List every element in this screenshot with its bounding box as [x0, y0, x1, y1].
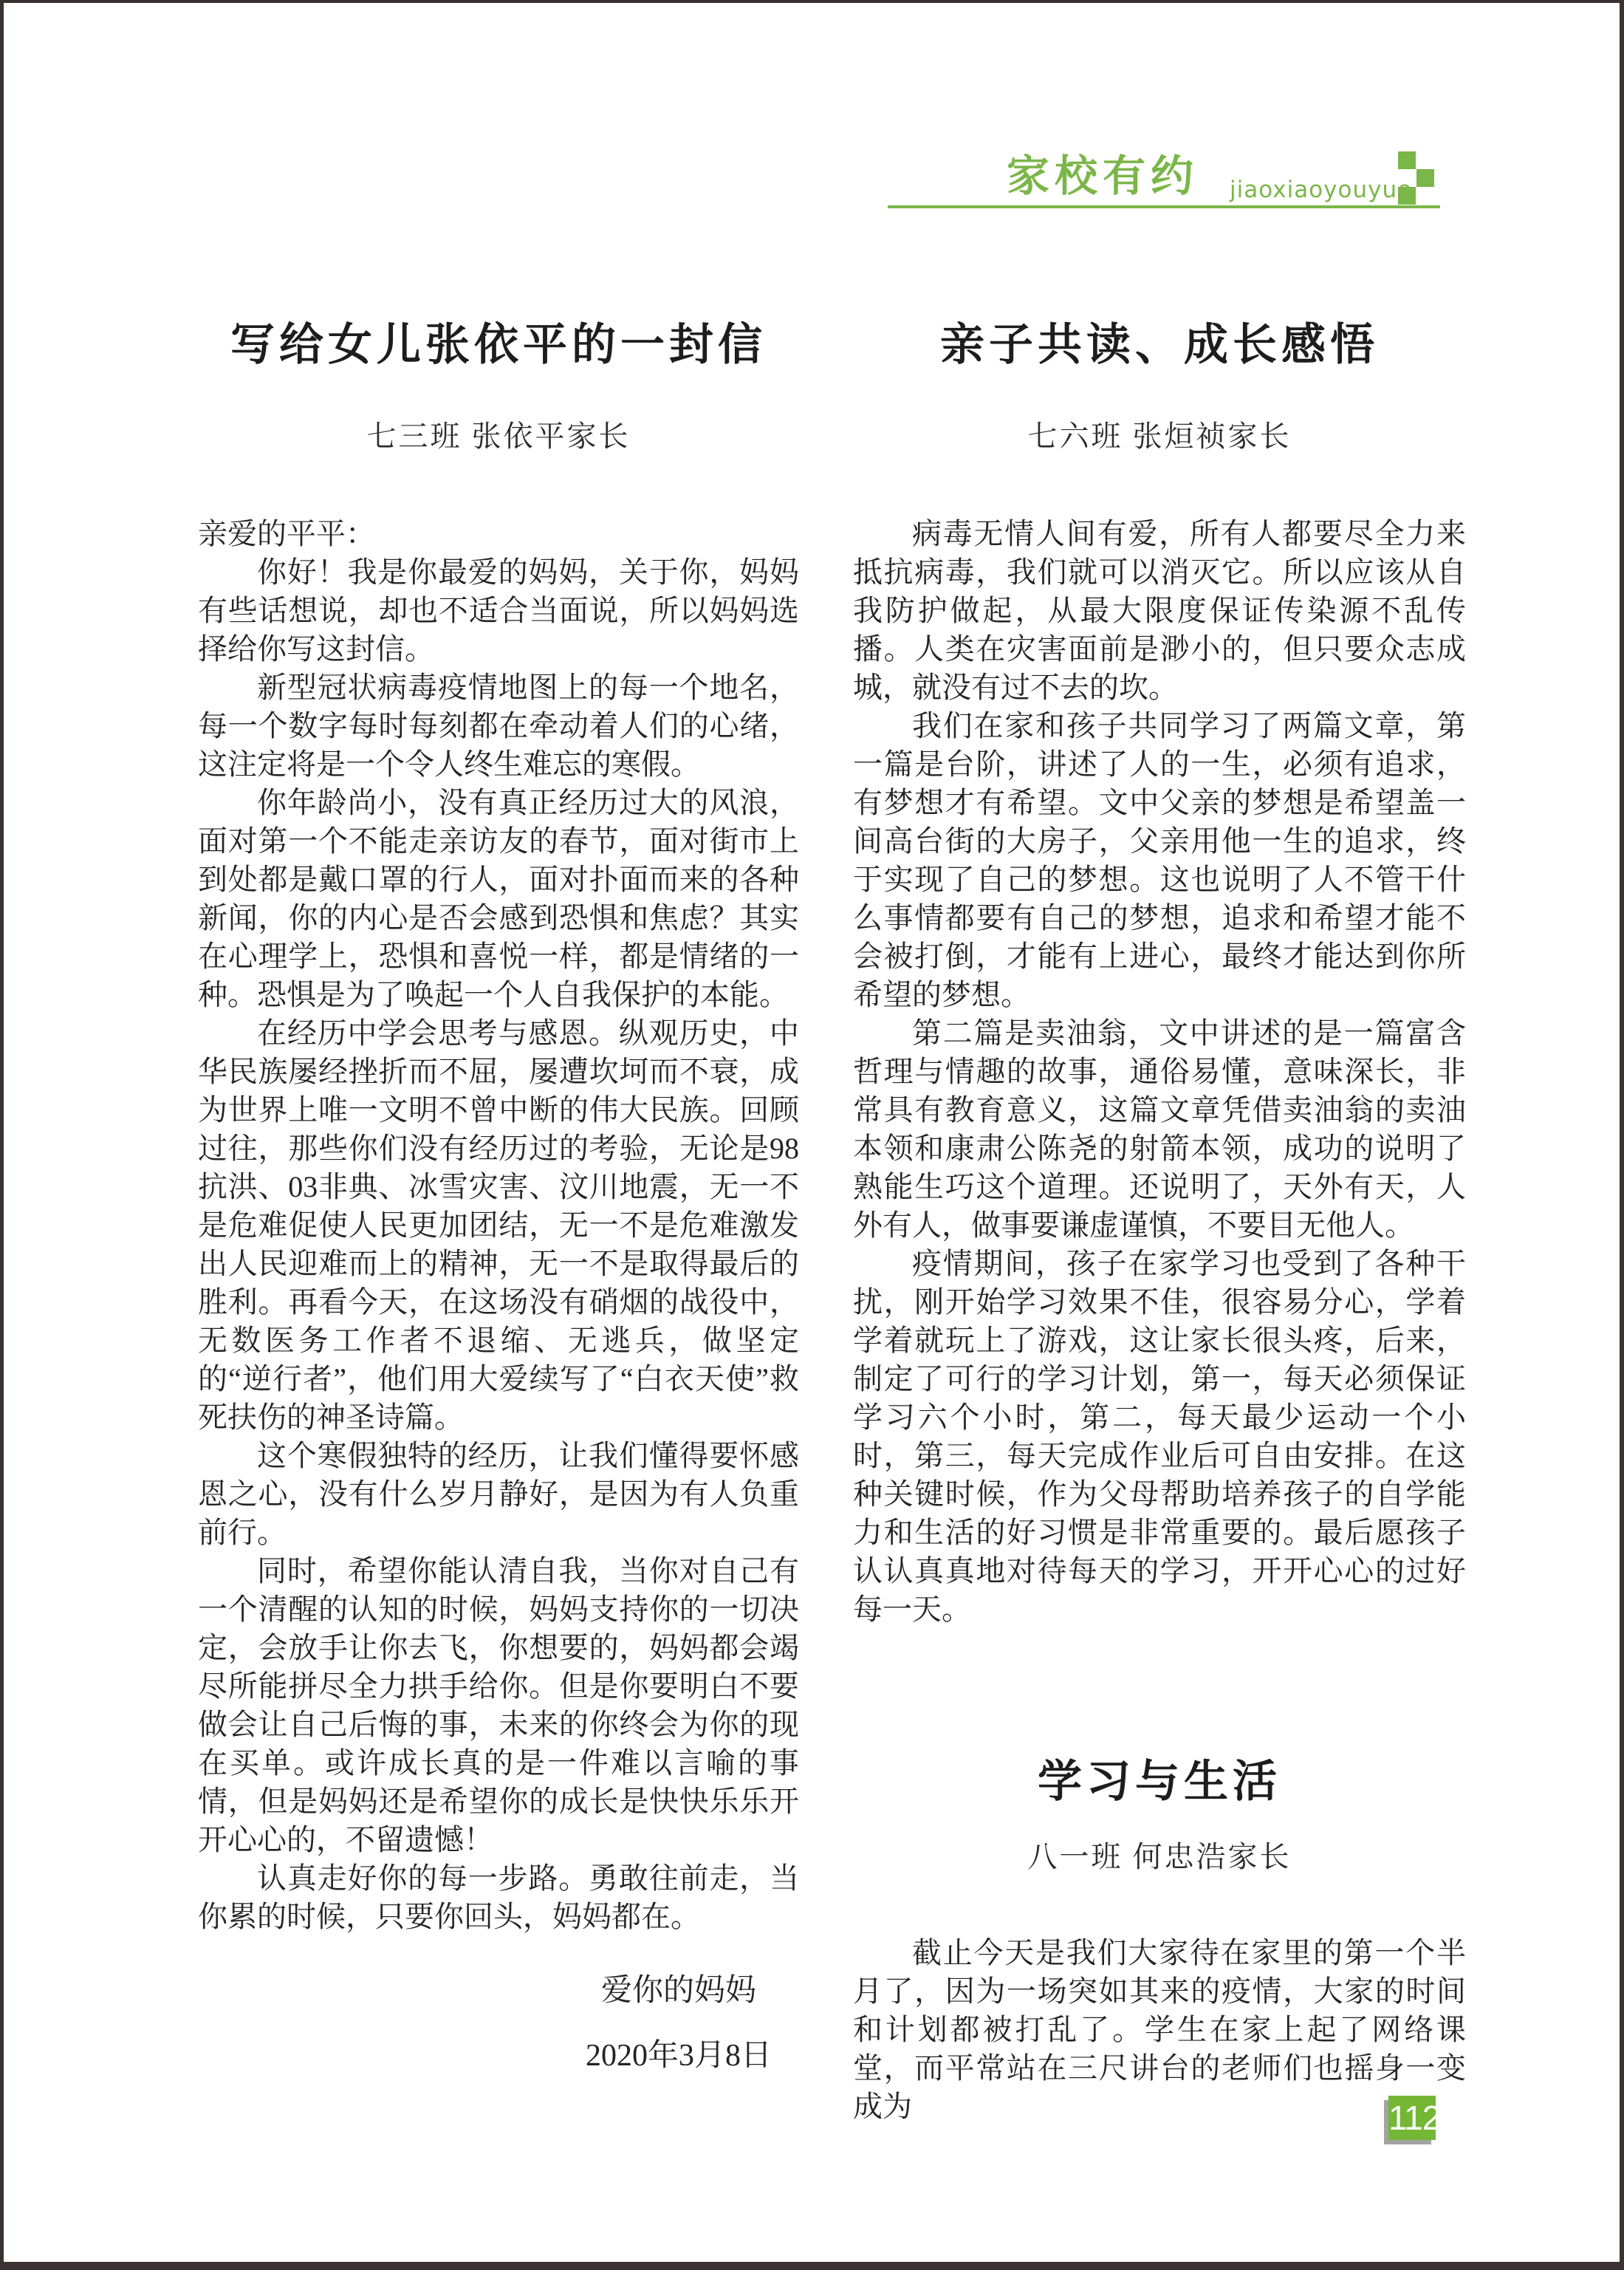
- paragraph: 第二篇是卖油翁，文中讲述的是一篇富含哲理与情趣的故事，通俗易懂，意味深长，非常具…: [853, 1014, 1466, 1245]
- magazine-page: 家校有约 jiaoxiaoyouyue 写给女儿张依平的一封信 七三班 张依平家…: [0, 0, 1624, 2270]
- paragraph: 新型冠状病毒疫情地图上的每一个地名，每一个数字每时每刻都在牵动着人们的心绪，这注…: [198, 669, 799, 784]
- paragraph: 病毒无情人间有爱，所有人都要尽全力来抵抗病毒，我们就可以消灭它。所以应该从自我防…: [853, 515, 1466, 707]
- paragraph: 我们在家和孩子共同学习了两篇文章，第一篇是台阶，讲述了人的一生，必须有追求，有梦…: [853, 707, 1466, 1014]
- paragraph: 疫情期间，孩子在家学习也受到了各种干扰，刚开始学习效果不佳，很容易分心，学着学着…: [853, 1245, 1466, 1629]
- paragraph: 同时，希望你能认清自我，当你对自己有一个清醒的认知的时候，妈妈支持你的一切决定，…: [198, 1552, 799, 1859]
- article-byline: 八一班 何忠浩家长: [853, 1839, 1466, 1875]
- paragraph: 你好！我是你最爱的妈妈，关于你，妈妈有些话想说，却也不适合当面说，所以妈妈选择给…: [198, 553, 799, 669]
- paragraph: 这个寒假独特的经历，让我们懂得要怀感恩之心，没有什么岁月静好，是因为有人负重前行…: [198, 1437, 799, 1552]
- letter-signature: 爱你的妈妈 2020年3月8日: [579, 1958, 778, 2088]
- paragraph: 在经历中学会思考与感恩。纵观历史，中华民族屡经挫折而不屈，屡遭坎坷而不衰，成为世…: [198, 1014, 799, 1437]
- signature-date: 2020年3月8日: [579, 2023, 778, 2088]
- article-title: 学习与生活: [853, 1746, 1466, 1817]
- article-byline: 七三班 张依平家长: [198, 419, 799, 454]
- right-column: 亲子共读、成长感悟 七六班 张烜祯家长 病毒无情人间有爱，所有人都要尽全力来抵抗…: [853, 3, 1466, 2126]
- paragraph: 认真走好你的每一步路。勇敢往前走，当你累的时候，只要你回头，妈妈都在。: [198, 1859, 799, 1936]
- page-number-badge: 112: [1388, 2096, 1436, 2140]
- signature-name: 爱你的妈妈: [579, 1958, 778, 2023]
- article-letter-to-daughter: 写给女儿张依平的一封信 七三班 张依平家长 亲爱的平平： 你好！我是你最爱的妈妈…: [198, 3, 799, 2088]
- letter-salutation: 亲爱的平平：: [198, 515, 799, 553]
- article-title: 写给女儿张依平的一封信: [198, 310, 799, 380]
- article-title: 亲子共读、成长感悟: [853, 310, 1466, 380]
- paragraph: 你年龄尚小，没有真正经历过大的风浪，面对第一个不能走亲访友的春节，面对街市上到处…: [198, 784, 799, 1014]
- paragraph: 截止今天是我们大家待在家里的第一个半月了，因为一场突如其来的疫情，大家的时间和计…: [853, 1934, 1466, 2126]
- article-byline: 七六班 张烜祯家长: [853, 419, 1466, 454]
